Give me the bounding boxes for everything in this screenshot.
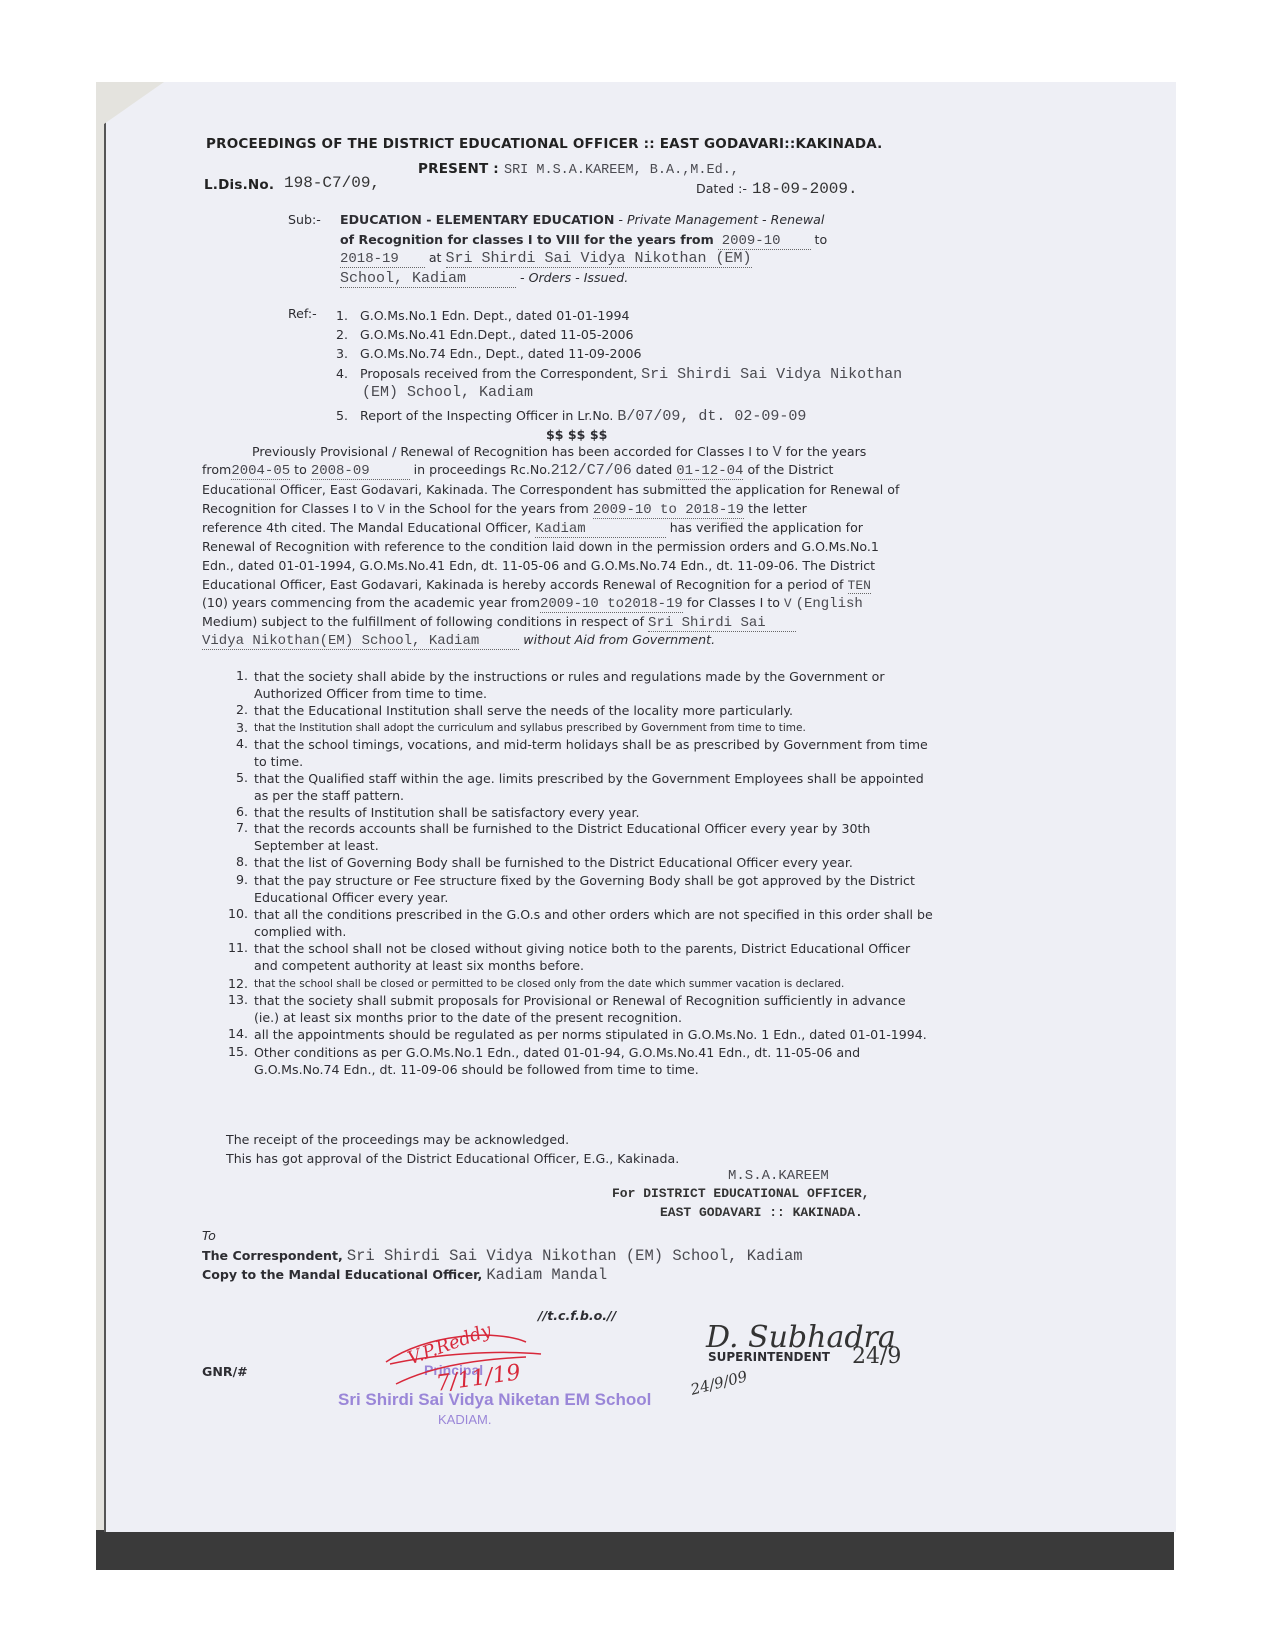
text: for the years <box>786 444 867 459</box>
correspondent-label: The Correspondent, <box>202 1248 343 1263</box>
condition-text: that the school timings, vocations, and … <box>254 736 934 770</box>
subject-to: to <box>815 232 828 247</box>
class-value: V <box>377 503 385 517</box>
condition-number: 8. <box>222 854 248 869</box>
superintendent-label: SUPERINTENDENT <box>708 1350 830 1364</box>
condition-text: that all the conditions prescribed in th… <box>254 906 934 940</box>
condition-text: that the results of Institution shall be… <box>254 804 934 821</box>
condition-number: 15. <box>222 1044 248 1059</box>
text: Educational Officer, East Godavari, Kaki… <box>202 577 844 592</box>
separator: $$ $$ $$ <box>546 427 607 442</box>
ref-label: Ref:- <box>288 306 317 321</box>
subject-line-1: EDUCATION - ELEMENTARY EDUCATION - Priva… <box>340 212 824 227</box>
text: the letter <box>748 501 807 516</box>
para-line-8: Educational Officer, East Godavari, Kaki… <box>202 577 871 593</box>
dated-label: Dated :- <box>696 181 747 196</box>
ref-item-4-cont: (EM) School, Kadiam <box>362 384 533 401</box>
prev-from: 2004-05 <box>231 463 290 480</box>
text: Previously Provisional / Renewal of Reco… <box>252 444 769 459</box>
ref-text: Proposals received from the Corresponden… <box>360 366 637 381</box>
present-line: PRESENT : SRI M.S.A.KAREEM, B.A.,M.Ed., <box>418 158 739 178</box>
condition-number: 9. <box>222 872 248 887</box>
subject-rest: - Private Management - Renewal <box>614 212 824 227</box>
condition-text: that the list of Governing Body shall be… <box>254 854 934 871</box>
para-line-5: reference 4th cited. The Mandal Educatio… <box>202 520 863 537</box>
proceedings-title: PROCEEDINGS OF THE DISTRICT EDUCATIONAL … <box>206 136 882 152</box>
condition-text: that the Qualified staff within the age.… <box>254 770 934 804</box>
present-name: SRI M.S.A.KAREEM, B.A.,M.Ed., <box>504 163 739 178</box>
tcfbo-mark: //t.c.f.b.o.// <box>538 1308 616 1323</box>
para-line-10: Medium) subject to the fulfillment of fo… <box>202 614 796 631</box>
para-line-1: Previously Provisional / Renewal of Reco… <box>252 444 866 461</box>
gnr-mark: GNR/# <box>202 1364 248 1379</box>
conditions-list: 1.that the society shall abide by the in… <box>222 668 942 1208</box>
correspondent-line: The Correspondent, Sri Shirdi Sai Vidya … <box>202 1247 803 1265</box>
condition-number: 14. <box>222 1026 248 1041</box>
condition-text: that the records accounts shall be furni… <box>254 820 934 854</box>
text: dated <box>636 462 672 477</box>
text: for Classes I to <box>687 595 780 610</box>
ref-item-4: 4. Proposals received from the Correspon… <box>336 366 902 383</box>
correspondent-school: Sri Shirdi Sai Vidya Nikothan (EM) Schoo… <box>347 1247 803 1265</box>
subject-at: at <box>429 250 442 265</box>
superintendent-date: 24/9 <box>852 1344 901 1369</box>
condition-text: that the school shall not be closed with… <box>254 940 934 974</box>
ref-num: 4. <box>336 366 348 381</box>
condition-text: that the school shall be closed or permi… <box>254 976 934 993</box>
ref-num: 5. <box>336 408 348 423</box>
ref-text: Report of the Inspecting Officer in Lr.N… <box>360 408 613 423</box>
condition-text: that the Educational Institution shall s… <box>254 702 934 719</box>
condition-text: that the society shall submit proposals … <box>254 992 934 1026</box>
present-label: PRESENT : <box>418 161 499 177</box>
ref-num: 2. <box>336 327 348 342</box>
text: to <box>294 462 307 477</box>
ref-item-1: 1. G.O.Ms.No.1 Edn. Dept., dated 01-01-1… <box>336 308 629 323</box>
ldis-label: L.Dis.No. <box>204 177 274 193</box>
subject-line-2: of Recognition for classes I to VIII for… <box>340 232 827 249</box>
subject-school-place: School, Kadiam <box>340 270 516 288</box>
text: without Aid from Government. <box>523 632 715 647</box>
condition-number: 13. <box>222 992 248 1007</box>
renewal-years: 2009-10 to 2018-19 <box>593 502 744 519</box>
initial-date: 24/9/09 <box>689 1367 749 1398</box>
recognition-years: 2009-10 to2018-19 <box>540 596 683 613</box>
text: Recognition for Classes I to <box>202 501 373 516</box>
subject-from-year: 2009-10 <box>718 233 811 250</box>
condition-number: 1. <box>222 668 248 683</box>
subject-label: Sub:- <box>288 212 321 227</box>
ref-text: G.O.Ms.No.1 Edn. Dept., dated 01-01-1994 <box>360 308 629 323</box>
text: in proceedings Rc.No. <box>414 462 551 477</box>
para-line-11: Vidya Nikothan(EM) School, Kadiam withou… <box>202 632 715 649</box>
text: Medium) subject to the fulfillment of fo… <box>202 614 644 629</box>
subject-school-name: Sri Shirdi Sai Vidya Nikothan (EM) <box>446 250 752 268</box>
signatory-name: M.S.A.KAREEM <box>728 1168 829 1184</box>
ref-num: 3. <box>336 346 348 361</box>
text: (10) years commencing from the academic … <box>202 595 540 610</box>
dated-value: 18-09-2009. <box>752 180 858 198</box>
text: from <box>202 462 231 477</box>
document-page: PROCEEDINGS OF THE DISTRICT EDUCATIONAL … <box>104 82 1176 1532</box>
condition-number: 10. <box>222 906 248 921</box>
ref-item-2: 2. G.O.Ms.No.41 Edn.Dept., dated 11-05-2… <box>336 327 634 342</box>
medium-value: (English <box>796 596 863 612</box>
para-line-7: Edn., dated 01-01-1994, G.O.Ms.No.41 Edn… <box>202 558 875 573</box>
class-value: V <box>784 597 792 611</box>
condition-number: 6. <box>222 804 248 819</box>
ref-num: 1. <box>336 308 348 323</box>
condition-number: 12. <box>222 976 248 991</box>
subject-classes: of Recognition for classes I to VIII for… <box>340 232 714 247</box>
class-value: V <box>773 444 782 461</box>
mandal-name: Kadiam <box>535 521 665 538</box>
copy-label: Copy to the Mandal Educational Officer, <box>202 1267 482 1282</box>
prev-to: 2008-09 <box>311 463 410 480</box>
copy-value: Kadiam Mandal <box>486 1266 607 1284</box>
condition-text: Other conditions as per G.O.Ms.No.1 Edn.… <box>254 1044 934 1078</box>
copy-line: Copy to the Mandal Educational Officer, … <box>202 1266 607 1284</box>
ref-item-5: 5. Report of the Inspecting Officer in L… <box>336 408 806 425</box>
text: in the School for the years from <box>389 501 589 516</box>
signatory-place: EAST GODAVARI :: KAKINADA. <box>660 1205 863 1220</box>
red-scribble-icon <box>376 1324 546 1394</box>
para-line-9: (10) years commencing from the academic … <box>202 595 863 612</box>
ldis-number: 198-C7/09, <box>284 174 380 192</box>
dated-line: Dated :- 18-09-2009. <box>696 178 858 198</box>
text: has verified the application for <box>670 520 863 535</box>
subject-orders: - Orders - Issued. <box>520 270 628 285</box>
ref-item-3: 3. G.O.Ms.No.74 Edn., Dept., dated 11-09… <box>336 346 642 361</box>
condition-number: 3. <box>222 720 248 735</box>
subject-line-4: School, Kadiam - Orders - Issued. <box>340 270 628 287</box>
para-line-4: Recognition for Classes I to V in the Sc… <box>202 501 807 518</box>
para-line-3: Educational Officer, East Godavari, Kaki… <box>202 482 899 497</box>
condition-number: 7. <box>222 820 248 835</box>
ref-text: G.O.Ms.No.74 Edn., Dept., dated 11-09-20… <box>360 346 641 361</box>
condition-text: that the Institution shall adopt the cur… <box>254 720 934 737</box>
receipt-line: The receipt of the proceedings may be ac… <box>226 1132 569 1147</box>
school-name: Vidya Nikothan(EM) School, Kadiam <box>202 633 519 650</box>
condition-number: 2. <box>222 702 248 717</box>
text: reference 4th cited. The Mandal Educatio… <box>202 520 531 535</box>
condition-number: 5. <box>222 770 248 785</box>
ref-text: G.O.Ms.No.41 Edn.Dept., dated 11-05-2006 <box>360 327 633 342</box>
para-line-2: from2004-05 to 2008-09 in proceedings Rc… <box>202 462 834 479</box>
subject-to-year: 2018-19 <box>340 251 425 268</box>
condition-text: that the pay structure or Fee structure … <box>254 872 934 906</box>
subject-heading: EDUCATION - ELEMENTARY EDUCATION <box>340 212 614 227</box>
approval-line: This has got approval of the District Ed… <box>226 1151 679 1166</box>
rc-date: 01-12-04 <box>676 463 743 480</box>
ref-letter: B/07/09, dt. 02-09-09 <box>617 408 806 425</box>
to-label: To <box>202 1228 216 1243</box>
period-value: TEN <box>848 578 871 594</box>
para-line-6: Renewal of Recognition with reference to… <box>202 539 879 554</box>
rc-number: 212/C7/06 <box>551 462 632 479</box>
ref-school: Sri Shirdi Sai Vidya Nikothan <box>641 366 902 383</box>
signatory-designation: For DISTRICT EDUCATIONAL OFFICER, <box>612 1186 869 1201</box>
condition-text: that the society shall abide by the inst… <box>254 668 934 702</box>
condition-number: 4. <box>222 736 248 751</box>
stamp-place: KADIAM. <box>438 1412 491 1427</box>
school-name: Sri Shirdi Sai <box>648 615 796 632</box>
text: of the District <box>747 462 833 477</box>
condition-text: all the appointments should be regulated… <box>254 1026 934 1043</box>
condition-number: 11. <box>222 940 248 955</box>
scan-edge <box>96 1530 1174 1570</box>
subject-line-3: 2018-19 at Sri Shirdi Sai Vidya Nikothan… <box>340 250 752 267</box>
